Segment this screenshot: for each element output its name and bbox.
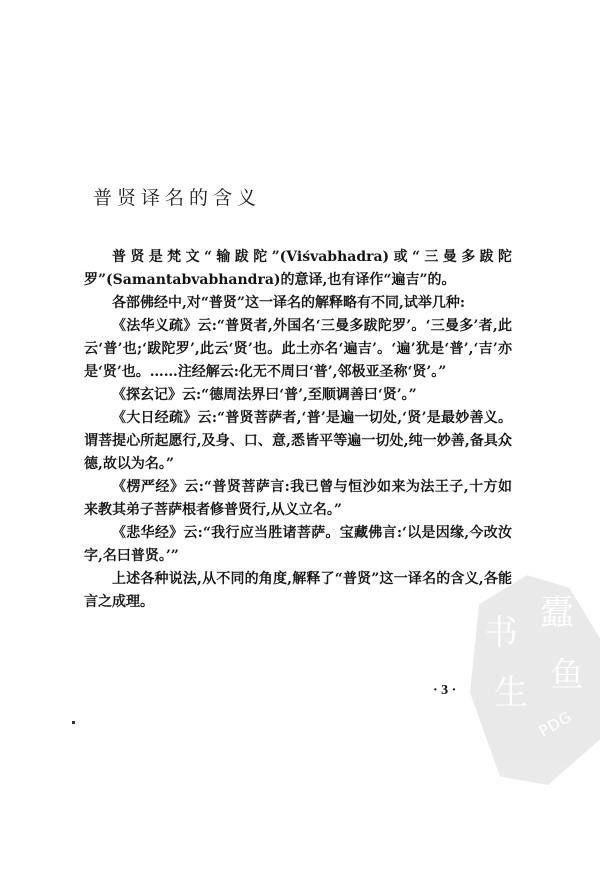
paragraph: 《大日经疏》云:“普贤菩萨者,‘普’是遍一切处,‘贤’是最妙善义。谓菩提心所起愿…: [84, 407, 512, 476]
section-title: 普贤译名的含义: [93, 183, 261, 210]
seal-glyph: 生: [494, 665, 528, 714]
paragraph: 普贤是梵文“输跋陀”(Viśvabhadra)或“三曼多跋陀罗”(Samanta…: [84, 246, 512, 292]
paragraph: 上述各种说法,从不同的角度,解释了“普贤”这一译名的含义,各能言之成理。: [84, 568, 512, 614]
body-text: 普贤是梵文“输跋陀”(Viśvabhadra)或“三曼多跋陀罗”(Samanta…: [84, 246, 512, 614]
seal-glyph: 蠹: [540, 585, 574, 634]
paragraph: 各部佛经中,对“普贤”这一译名的解释略有不同,试举几种:: [84, 292, 512, 315]
scan-speck: [72, 721, 75, 724]
document-page: 书 蠹 生 鱼 PDG 普贤译名的含义 普贤是梵文“输跋陀”(Viśvabhad…: [0, 0, 600, 869]
paragraph: 《探玄记》云:“德周法界曰‘普’,至顺调善曰‘贤’。”: [84, 384, 512, 407]
paragraph: 《悲华经》云:“我行应当胜诸菩萨。宝藏佛言:‘以是因缘,今改汝字,名曰普贤。’”: [84, 522, 512, 568]
page-number: · 3 ·: [433, 683, 456, 699]
paragraph: 《楞严经》云:“普贤菩萨言:我已曾与恒沙如来为法王子,十方如来教其弟子菩萨根者修…: [84, 476, 512, 522]
paragraph: 《法华义疏》云:“普贤者,外国名‘三曼多跋陀罗’。‘三曼多’者,此云‘普’也;‘…: [84, 315, 512, 384]
seal-glyph: 鱼: [550, 647, 584, 696]
pdg-label: PDG: [536, 707, 576, 740]
